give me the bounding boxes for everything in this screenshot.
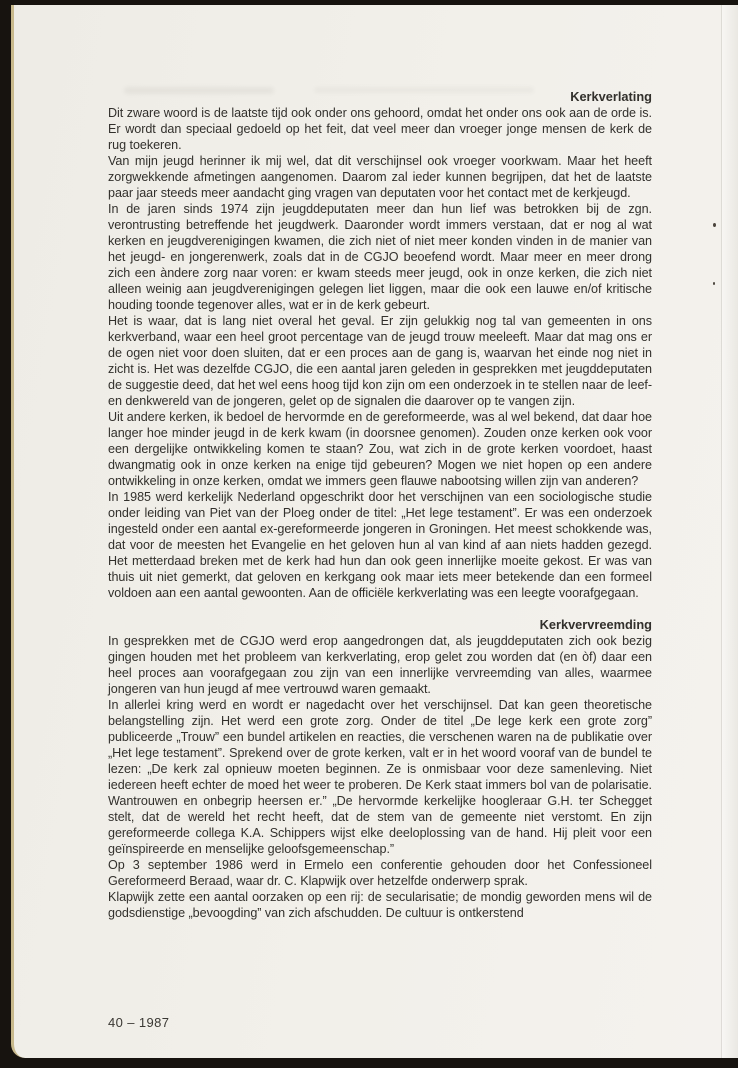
scan-speck — [713, 223, 716, 227]
scan-speck — [713, 282, 715, 285]
paragraph: In gesprekken met de CGJO werd erop aang… — [108, 633, 652, 697]
page-surface: Kerkverlating Dit zware woord is de laat… — [11, 5, 738, 1058]
scanned-page: Kerkverlating Dit zware woord is de laat… — [0, 0, 738, 1068]
paragraph: Van mijn jeugd herinner ik mij wel, dat … — [108, 153, 652, 201]
paragraph: Klapwijk zette een aantal oorzaken op ee… — [108, 889, 652, 921]
page-edge-shading — [722, 5, 738, 1058]
article-text-block: Kerkverlating Dit zware woord is de laat… — [108, 89, 652, 921]
section-heading-kerkvervreemding: Kerkvervreemding — [108, 617, 652, 633]
page-number: 40 – 1987 — [108, 1015, 169, 1030]
paragraph: Uit andere kerken, ik bedoel de hervormd… — [108, 409, 652, 489]
paragraph: Dit zware woord is de laatste tijd ook o… — [108, 105, 652, 153]
paragraph: In de jaren sinds 1974 zijn jeugddeputat… — [108, 201, 652, 313]
paragraph: Op 3 september 1986 werd in Ermelo een c… — [108, 857, 652, 889]
section-heading-kerkverlating: Kerkverlating — [108, 89, 652, 105]
paragraph: Het is waar, dat is lang niet overal het… — [108, 313, 652, 409]
paragraph: In 1985 werd kerkelijk Nederland opgesch… — [108, 489, 652, 601]
paragraph: In allerlei kring werd en wordt er naged… — [108, 697, 652, 857]
